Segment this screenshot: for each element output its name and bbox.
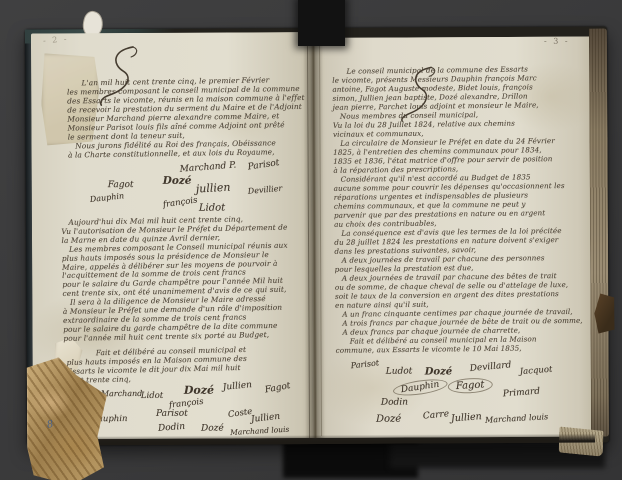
signature: Marchand (101, 389, 143, 398)
signature: Jullien (250, 412, 280, 425)
signature: Carre (423, 409, 450, 421)
tax-deliberation-paragraph: Aujourd'hui dix Mai mil huit cent trente… (61, 215, 290, 344)
signature: Dozé (425, 366, 452, 377)
signature: Marchand P. (179, 160, 236, 174)
signature: Lidot (199, 202, 225, 213)
oath-paragraph: L'an mil huit cent trente cinq, le premi… (67, 75, 306, 160)
page-number: - 3 - (544, 37, 570, 46)
signature: Dozé (163, 175, 192, 187)
register-book: - 2 - L'an mil huit cent trente cinq, le… (25, 26, 609, 445)
page-stack-edge (589, 28, 609, 436)
page-number: - 2 - (43, 34, 69, 45)
signature: Jullien (222, 380, 252, 393)
manuscript-line: commune, aux Essarts le vicomte le 10 Ma… (336, 343, 584, 355)
signature: Devillier (247, 184, 282, 196)
signature: Dodin (381, 398, 408, 408)
signature: Fagot (108, 180, 134, 190)
signature: Coste (227, 407, 253, 420)
spine-shadow-band (298, 0, 345, 46)
signature: Ludot (386, 367, 413, 377)
page-spread: - 2 - L'an mil huit cent trente cinq, le… (31, 31, 591, 440)
signature: Fagot (447, 377, 492, 395)
signature: Jacquot (519, 365, 552, 377)
signature: Dodin (158, 422, 186, 434)
signature: Dozé (184, 384, 214, 397)
signature: Dauphin (89, 191, 124, 204)
right-page: - 3 - Le conseil municipal de la commune… (311, 37, 597, 438)
signature: Parisot (247, 158, 280, 172)
signature: Dauphin (392, 377, 448, 399)
signature: Dozé (201, 423, 224, 433)
signature: Devillard (469, 360, 511, 374)
signature: Parisot (156, 409, 188, 419)
signature: Parisot (350, 358, 379, 370)
signature: Dozé (376, 414, 401, 425)
closing-paragraph: Fait et délibéré au conseil municipal et… (66, 345, 247, 385)
signature: françois (162, 195, 198, 210)
signature: Primard (503, 387, 541, 400)
manuscript-line: pour l'année mil huit cent trente six po… (63, 330, 289, 343)
signature: Marchand louis (485, 412, 549, 425)
signature: jullien (195, 181, 230, 196)
photo-background: - 2 - L'an mil huit cent trente cinq, le… (0, 0, 622, 480)
signature: Fagot (264, 381, 291, 395)
signature: Lidot (141, 391, 163, 401)
signature: Jullien (451, 411, 483, 424)
road-deliberation-paragraph: Le conseil municipal de la commune des E… (332, 64, 583, 355)
